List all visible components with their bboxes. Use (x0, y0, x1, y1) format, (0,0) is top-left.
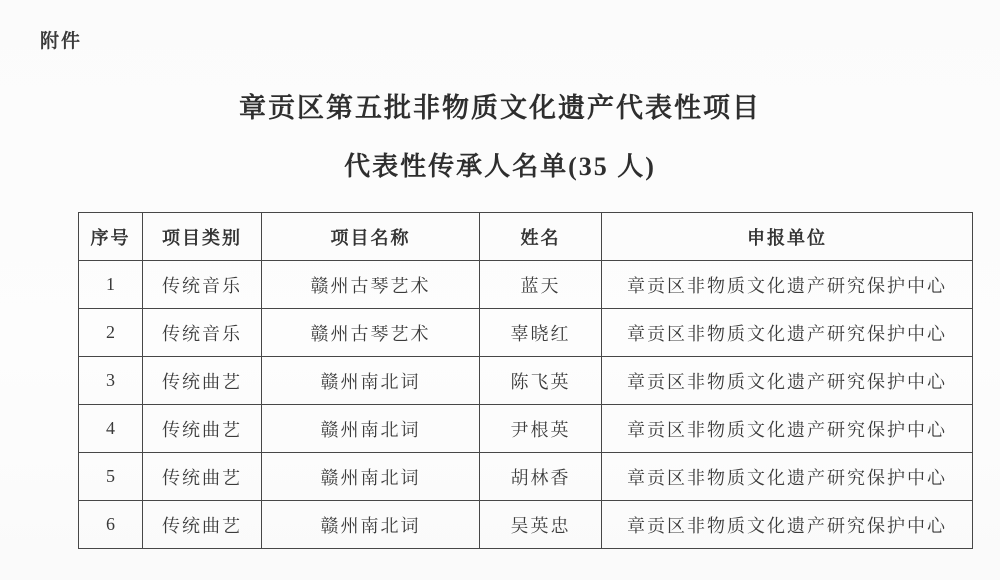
table-row: 6 传统曲艺 赣州南北词 吴英忠 章贡区非物质文化遗产研究保护中心 (79, 501, 973, 549)
cell-category: 传统曲艺 (143, 405, 262, 453)
cell-unit: 章贡区非物质文化遗产研究保护中心 (602, 261, 973, 309)
cell-category: 传统曲艺 (143, 357, 262, 405)
cell-unit: 章贡区非物质文化遗产研究保护中心 (602, 453, 973, 501)
cell-category: 传统音乐 (143, 261, 262, 309)
cell-name: 尹根英 (480, 405, 602, 453)
document-page: 附件 章贡区第五批非物质文化遗产代表性项目 代表性传承人名单(35 人) 序号 … (0, 0, 1000, 580)
cell-project: 赣州南北词 (262, 501, 480, 549)
cell-category: 传统曲艺 (143, 453, 262, 501)
cell-name: 吴英忠 (480, 501, 602, 549)
table-row: 2 传统音乐 赣州古琴艺术 辜晓红 章贡区非物质文化遗产研究保护中心 (79, 309, 973, 357)
cell-category: 传统曲艺 (143, 501, 262, 549)
inheritors-table: 序号 项目类别 项目名称 姓名 申报单位 1 传统音乐 赣州古琴艺术 蓝天 章贡… (78, 212, 973, 549)
cell-name: 陈飞英 (480, 357, 602, 405)
column-header-project: 项目名称 (262, 213, 480, 261)
cell-project: 赣州南北词 (262, 405, 480, 453)
attachment-label: 附件 (40, 26, 82, 53)
cell-seq: 4 (79, 405, 143, 453)
column-header-category: 项目类别 (143, 213, 262, 261)
cell-name: 蓝天 (480, 261, 602, 309)
cell-project: 赣州南北词 (262, 357, 480, 405)
cell-seq: 6 (79, 501, 143, 549)
cell-project: 赣州古琴艺术 (262, 309, 480, 357)
cell-project: 赣州南北词 (262, 453, 480, 501)
cell-seq: 3 (79, 357, 143, 405)
cell-unit: 章贡区非物质文化遗产研究保护中心 (602, 357, 973, 405)
column-header-seq: 序号 (79, 213, 143, 261)
cell-seq: 5 (79, 453, 143, 501)
table-row: 5 传统曲艺 赣州南北词 胡林香 章贡区非物质文化遗产研究保护中心 (79, 453, 973, 501)
cell-unit: 章贡区非物质文化遗产研究保护中心 (602, 405, 973, 453)
cell-project: 赣州古琴艺术 (262, 261, 480, 309)
cell-seq: 1 (79, 261, 143, 309)
cell-seq: 2 (79, 309, 143, 357)
column-header-name: 姓名 (480, 213, 602, 261)
cell-category: 传统音乐 (143, 309, 262, 357)
cell-unit: 章贡区非物质文化遗产研究保护中心 (602, 501, 973, 549)
table-row: 4 传统曲艺 赣州南北词 尹根英 章贡区非物质文化遗产研究保护中心 (79, 405, 973, 453)
cell-name: 胡林香 (480, 453, 602, 501)
cell-unit: 章贡区非物质文化遗产研究保护中心 (602, 309, 973, 357)
doc-title-line2: 代表性传承人名单(35 人) (0, 146, 1000, 183)
cell-name: 辜晓红 (480, 309, 602, 357)
doc-title-line1: 章贡区第五批非物质文化遗产代表性项目 (0, 86, 1000, 125)
table-row: 3 传统曲艺 赣州南北词 陈飞英 章贡区非物质文化遗产研究保护中心 (79, 357, 973, 405)
table-row: 1 传统音乐 赣州古琴艺术 蓝天 章贡区非物质文化遗产研究保护中心 (79, 261, 973, 309)
table-header-row: 序号 项目类别 项目名称 姓名 申报单位 (79, 213, 973, 261)
column-header-unit: 申报单位 (602, 213, 973, 261)
